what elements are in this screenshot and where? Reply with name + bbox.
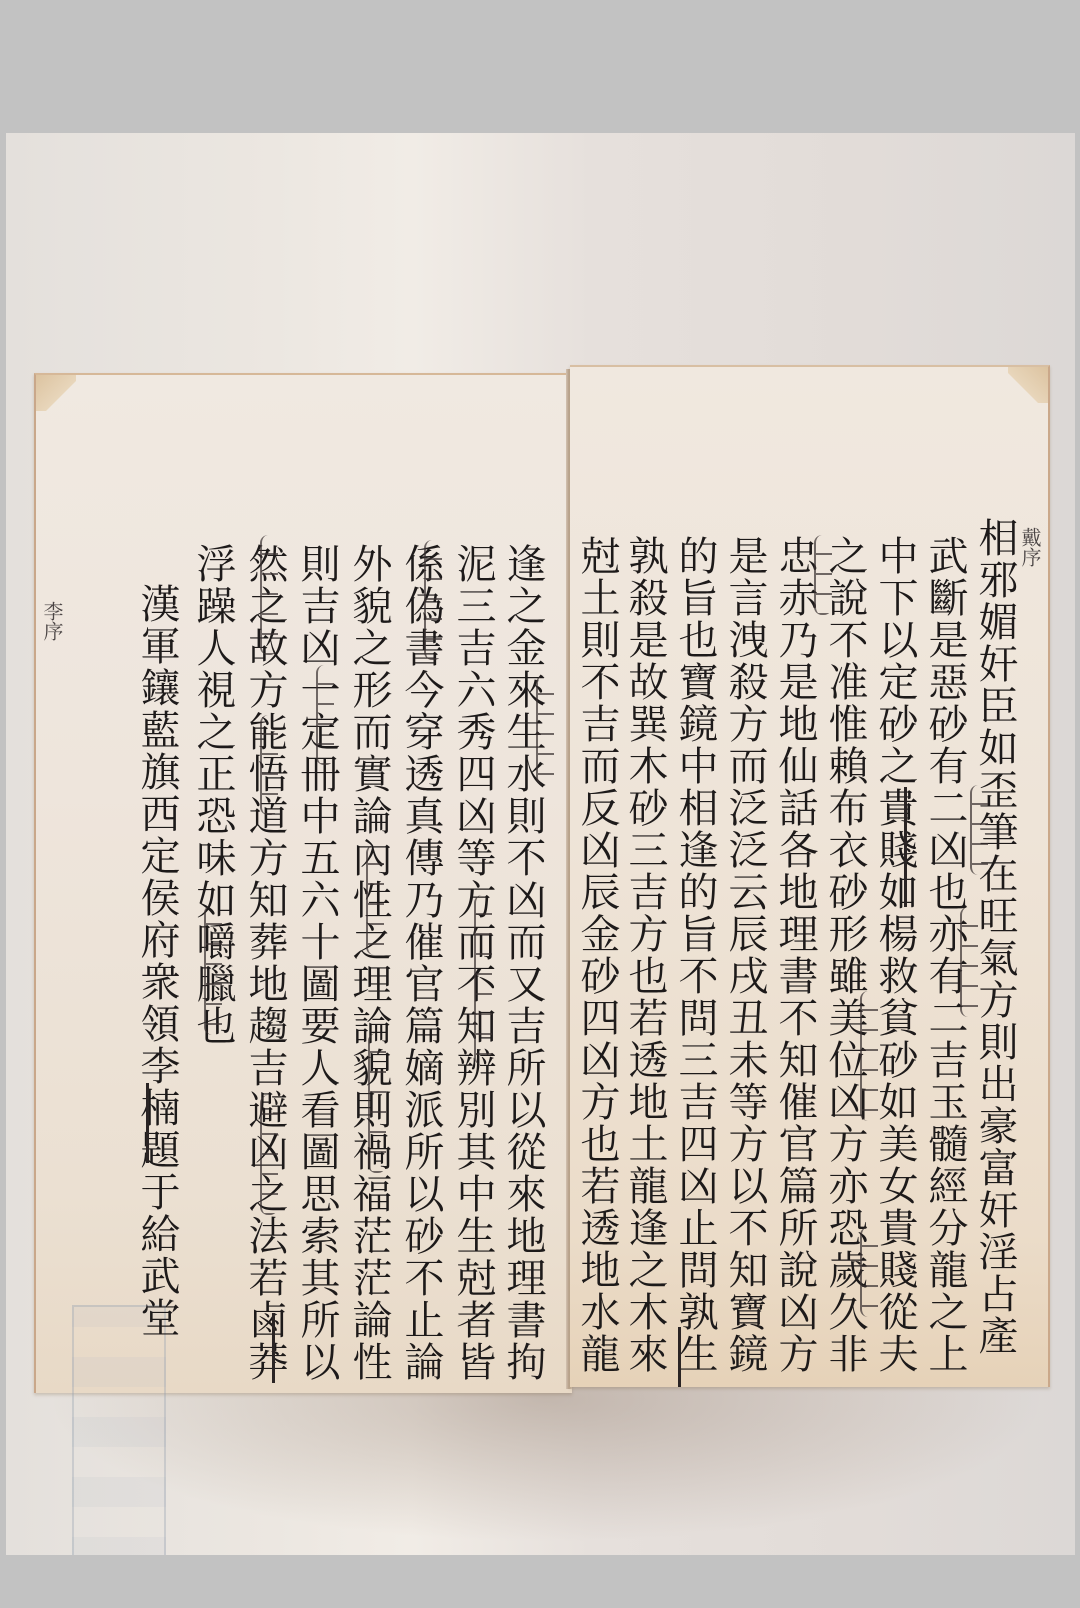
emphasis-circles xyxy=(536,675,554,785)
right-column-8: 孰殺是故巽木砂三吉方也若透地土龍逢之木來 xyxy=(620,535,670,1375)
book-shadow xyxy=(46,1383,1046,1543)
right-column-7: 的旨也寶鏡中相逢的旨不問三吉四凶止問孰生 xyxy=(670,535,720,1375)
left-column-3: 係偽書今穿透真傳乃催官篇嫡派所以砂不止論 xyxy=(396,543,446,1383)
right-column-9: 尅土則不吉而反凶辰金砂四凶方也若透地水龍 xyxy=(572,535,622,1375)
emphasis-circles xyxy=(366,845,384,955)
emphasis-circles xyxy=(814,535,832,615)
name-marker-line xyxy=(272,1313,275,1383)
folded-corner xyxy=(36,375,76,411)
emphasis-circles xyxy=(860,1227,878,1317)
left-column-1: 逢之金來生水則不凶而又吉所以從來地理書拘 xyxy=(498,543,548,1383)
right-margin-label: 戴序 xyxy=(1016,527,1045,567)
emphasis-circles xyxy=(368,1033,386,1173)
left-margin-label: 李序 xyxy=(38,601,67,641)
name-marker-line xyxy=(904,787,907,907)
left-column-6: 然之故方能悟道方知葬地趨吉避凶之法若鹵莽 xyxy=(240,543,290,1383)
left-colophon-column: 漢軍鑲藍旗西定侯府衆領李楠題于給武堂 xyxy=(132,583,182,1339)
emphasis-circles xyxy=(316,665,334,765)
emphasis-circles xyxy=(260,1095,278,1215)
emphasis-circles xyxy=(204,905,222,1035)
left-page: 李序 逢之金來生水則不凶而又吉所以從來地理書拘 泥三吉六秀四凶等方而不知辨別其中… xyxy=(34,373,572,1393)
emphasis-circles xyxy=(474,895,492,1065)
faded-seal-stamp xyxy=(72,1305,166,1555)
right-page: 戴序 相邪媚奸臣如歪筆在旺氣方則出豪富奸淫占產 武斷是惡砂有二凶也亦有二吉玉髓經… xyxy=(570,365,1050,1387)
name-marker-line xyxy=(146,1083,149,1163)
left-column-4: 外貌之形而實論內性之理論貌則禍福茫茫論性 xyxy=(344,543,394,1383)
emphasis-circles xyxy=(970,785,988,875)
emphasis-circles xyxy=(860,991,878,1121)
emphasis-circles xyxy=(960,907,978,1017)
right-column-6: 是言洩殺方而泛泛云辰戌丑未等方以不知寶鏡 xyxy=(720,535,770,1375)
emphasis-circles xyxy=(424,540,442,660)
emphasis-circles xyxy=(260,715,278,815)
name-marker-line xyxy=(678,1327,681,1387)
folded-corner xyxy=(1008,367,1048,403)
book-photograph: 李序 逢之金來生水則不凶而又吉所以從來地理書拘 泥三吉六秀四凶等方而不知辨別其中… xyxy=(6,133,1075,1555)
right-column-5: 忠赤乃是地仙話各地理書不知催官篇所說凶方 xyxy=(770,535,820,1375)
emphasis-circles xyxy=(260,535,278,655)
